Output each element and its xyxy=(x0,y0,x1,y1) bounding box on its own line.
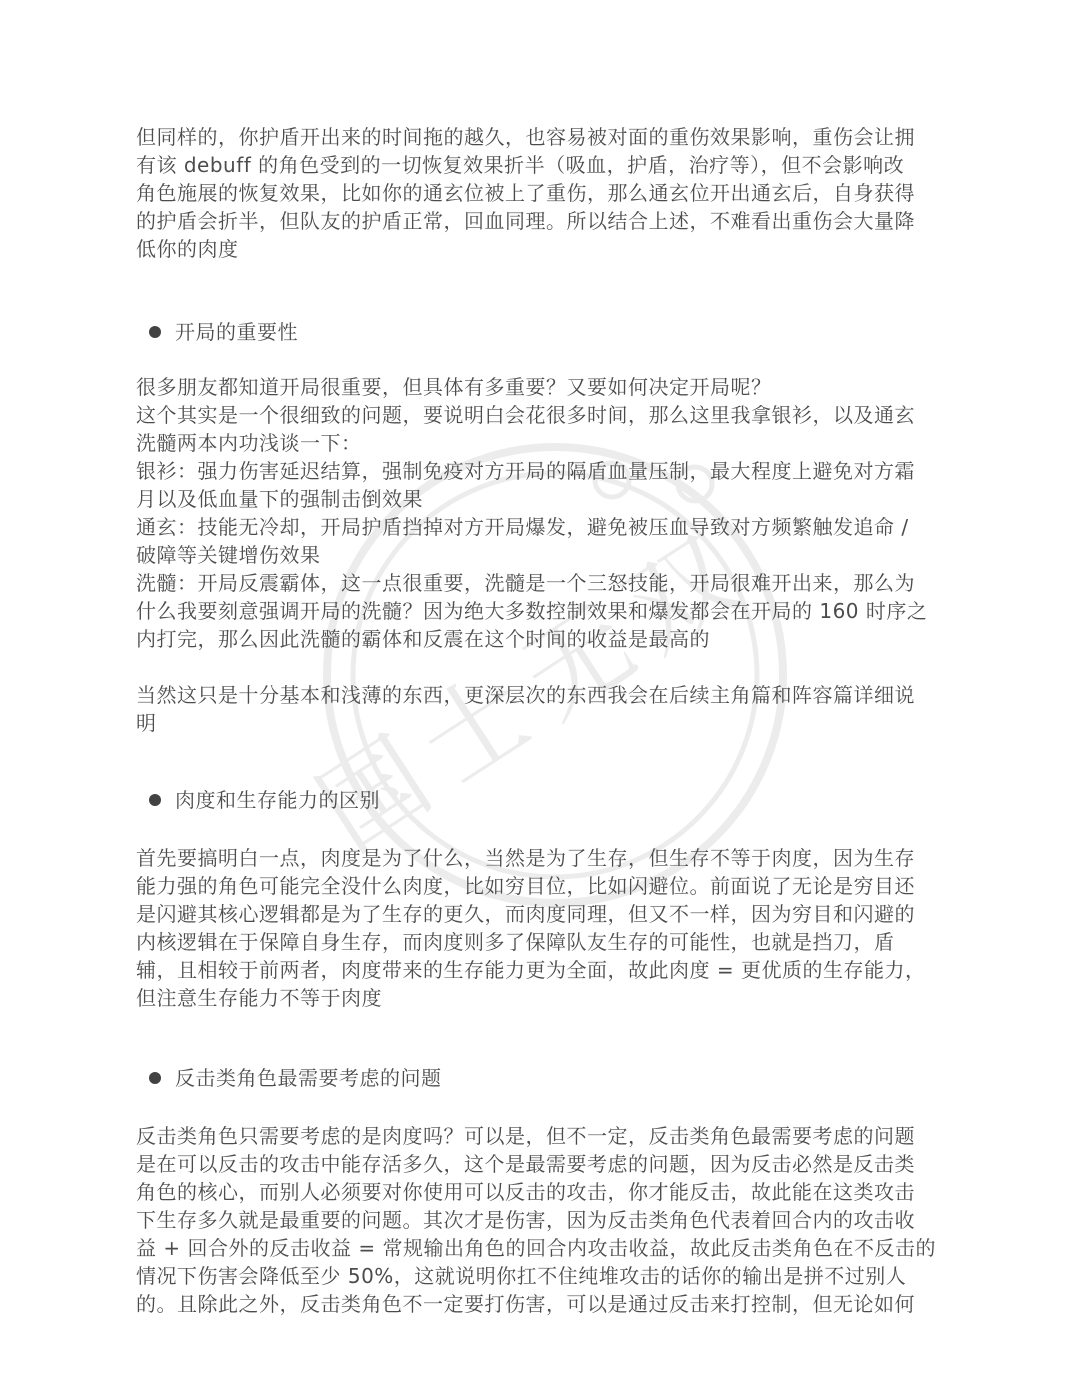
section-heading: 开局的重要性 xyxy=(175,318,298,346)
section-heading: 反击类角色最需要考虑的问题 xyxy=(175,1064,442,1092)
bullet-heading-counter: 反击类角色最需要考虑的问题 xyxy=(149,1064,960,1092)
intro-paragraph: 但同样的，你护盾开出来的时间拖的越久，也容易被对面的重伤效果影响，重伤会让拥 有… xyxy=(136,123,960,263)
bullet-heading-tankiness: 肉度和生存能力的区别 xyxy=(149,786,960,814)
section-paragraph: 首先要搞明白一点，肉度是为了什么，当然是为了生存，但生存不等于肉度，因为生存 能… xyxy=(136,844,960,1012)
section-paragraph: 反击类角色只需要考虑的是肉度吗？可以是，但不一定，反击类角色最需要考虑的问题 是… xyxy=(136,1122,960,1318)
section-heading: 肉度和生存能力的区别 xyxy=(175,786,380,814)
bullet-heading-opening: 开局的重要性 xyxy=(149,318,960,346)
section-paragraph: 很多朋友都知道开局很重要，但具体有多重要？又要如何决定开局呢？ 这个其实是一个很… xyxy=(136,373,960,737)
bullet-icon xyxy=(149,794,161,806)
document-content: 但同样的，你护盾开出来的时间拖的越久，也容易被对面的重伤效果影响，重伤会让拥 有… xyxy=(0,0,1080,1318)
bullet-icon xyxy=(149,326,161,338)
bullet-icon xyxy=(149,1072,161,1084)
